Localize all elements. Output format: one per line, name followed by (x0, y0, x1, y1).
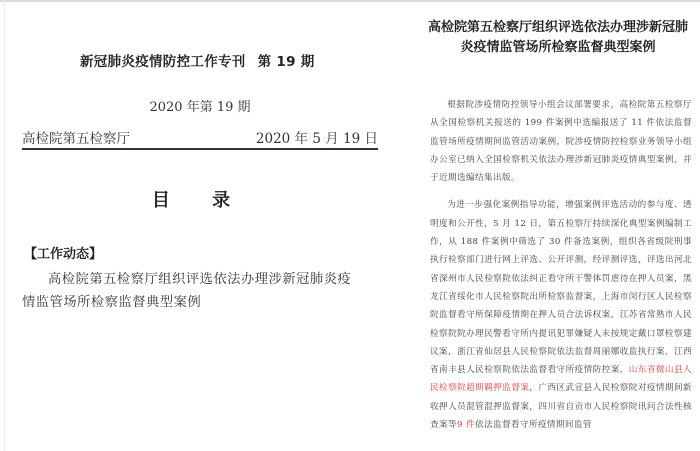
paragraph-2-text-c: 依法监督看守所疫情期间监管 (475, 420, 592, 430)
journal-issue: 第 19 期 (258, 54, 315, 70)
publish-date: 2020 年 5 月 19 日 (256, 127, 378, 147)
highlighted-count: 9 件 (457, 420, 475, 430)
issue-line: 2020 年第 19 期 (0, 96, 400, 115)
toc-entry[interactable]: 高检院第五检察厅组织评选依法办理涉新冠肺炎疫情监管场所检察监督典型案例 (22, 268, 362, 314)
paragraph-2: 为进一步强化案例指导功能，增强案例评选活动的参与度、透明度和公开性，5 月 12… (430, 196, 692, 434)
organization: 高检院第五检察厅 (22, 127, 130, 147)
journal-cover-page: 新冠肺炎疫情防控工作专刊第 19 期 2020 年第 19 期 高检院第五检察厅… (0, 0, 400, 451)
article-title: 高检院第五检察厅组织评选依法办理涉新冠肺炎疫情监管场所检察监督典型案例 (428, 18, 688, 58)
header-rule (22, 148, 378, 150)
publisher-row: 高检院第五检察厅 2020 年 5 月 19 日 (22, 127, 378, 147)
article-page: 高检院第五检察厅组织评选依法办理涉新冠肺炎疫情监管场所检察监督典型案例 根据院涉… (408, 0, 700, 451)
paragraph-2-text-a: 为进一步强化案例指导功能，增强案例评选活动的参与度、透明度和公开性，5 月 12… (430, 200, 692, 375)
toc-title: 目 录 (0, 186, 400, 212)
journal-name: 新冠肺炎疫情防控工作专刊 (80, 54, 246, 70)
section-label: 【工作动态】 (24, 243, 102, 262)
article-body: 根据院涉疫情防控领导小组会议部署要求，高检院第五检察厅从全国检察机关报送的 19… (430, 96, 692, 434)
journal-title: 新冠肺炎疫情防控工作专刊第 19 期 (80, 50, 320, 70)
paragraph-1: 根据院涉疫情防控领导小组会议部署要求，高检院第五检察厅从全国检察机关报送的 19… (430, 96, 692, 187)
